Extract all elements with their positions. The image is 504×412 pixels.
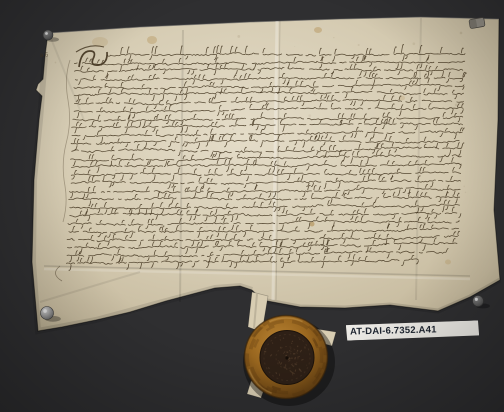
archive-label-text: AT-DAI-6.7352.A41 (346, 324, 437, 337)
marginal-note: a 6 (40, 52, 49, 59)
charter-scene: a 6 (0, 0, 504, 412)
charter-photograph: a 6 AT-DAI-6.7352.A41 (0, 0, 504, 412)
marginal-note-group: a 6 (40, 52, 49, 59)
push-pin-bottom-right (473, 296, 490, 309)
